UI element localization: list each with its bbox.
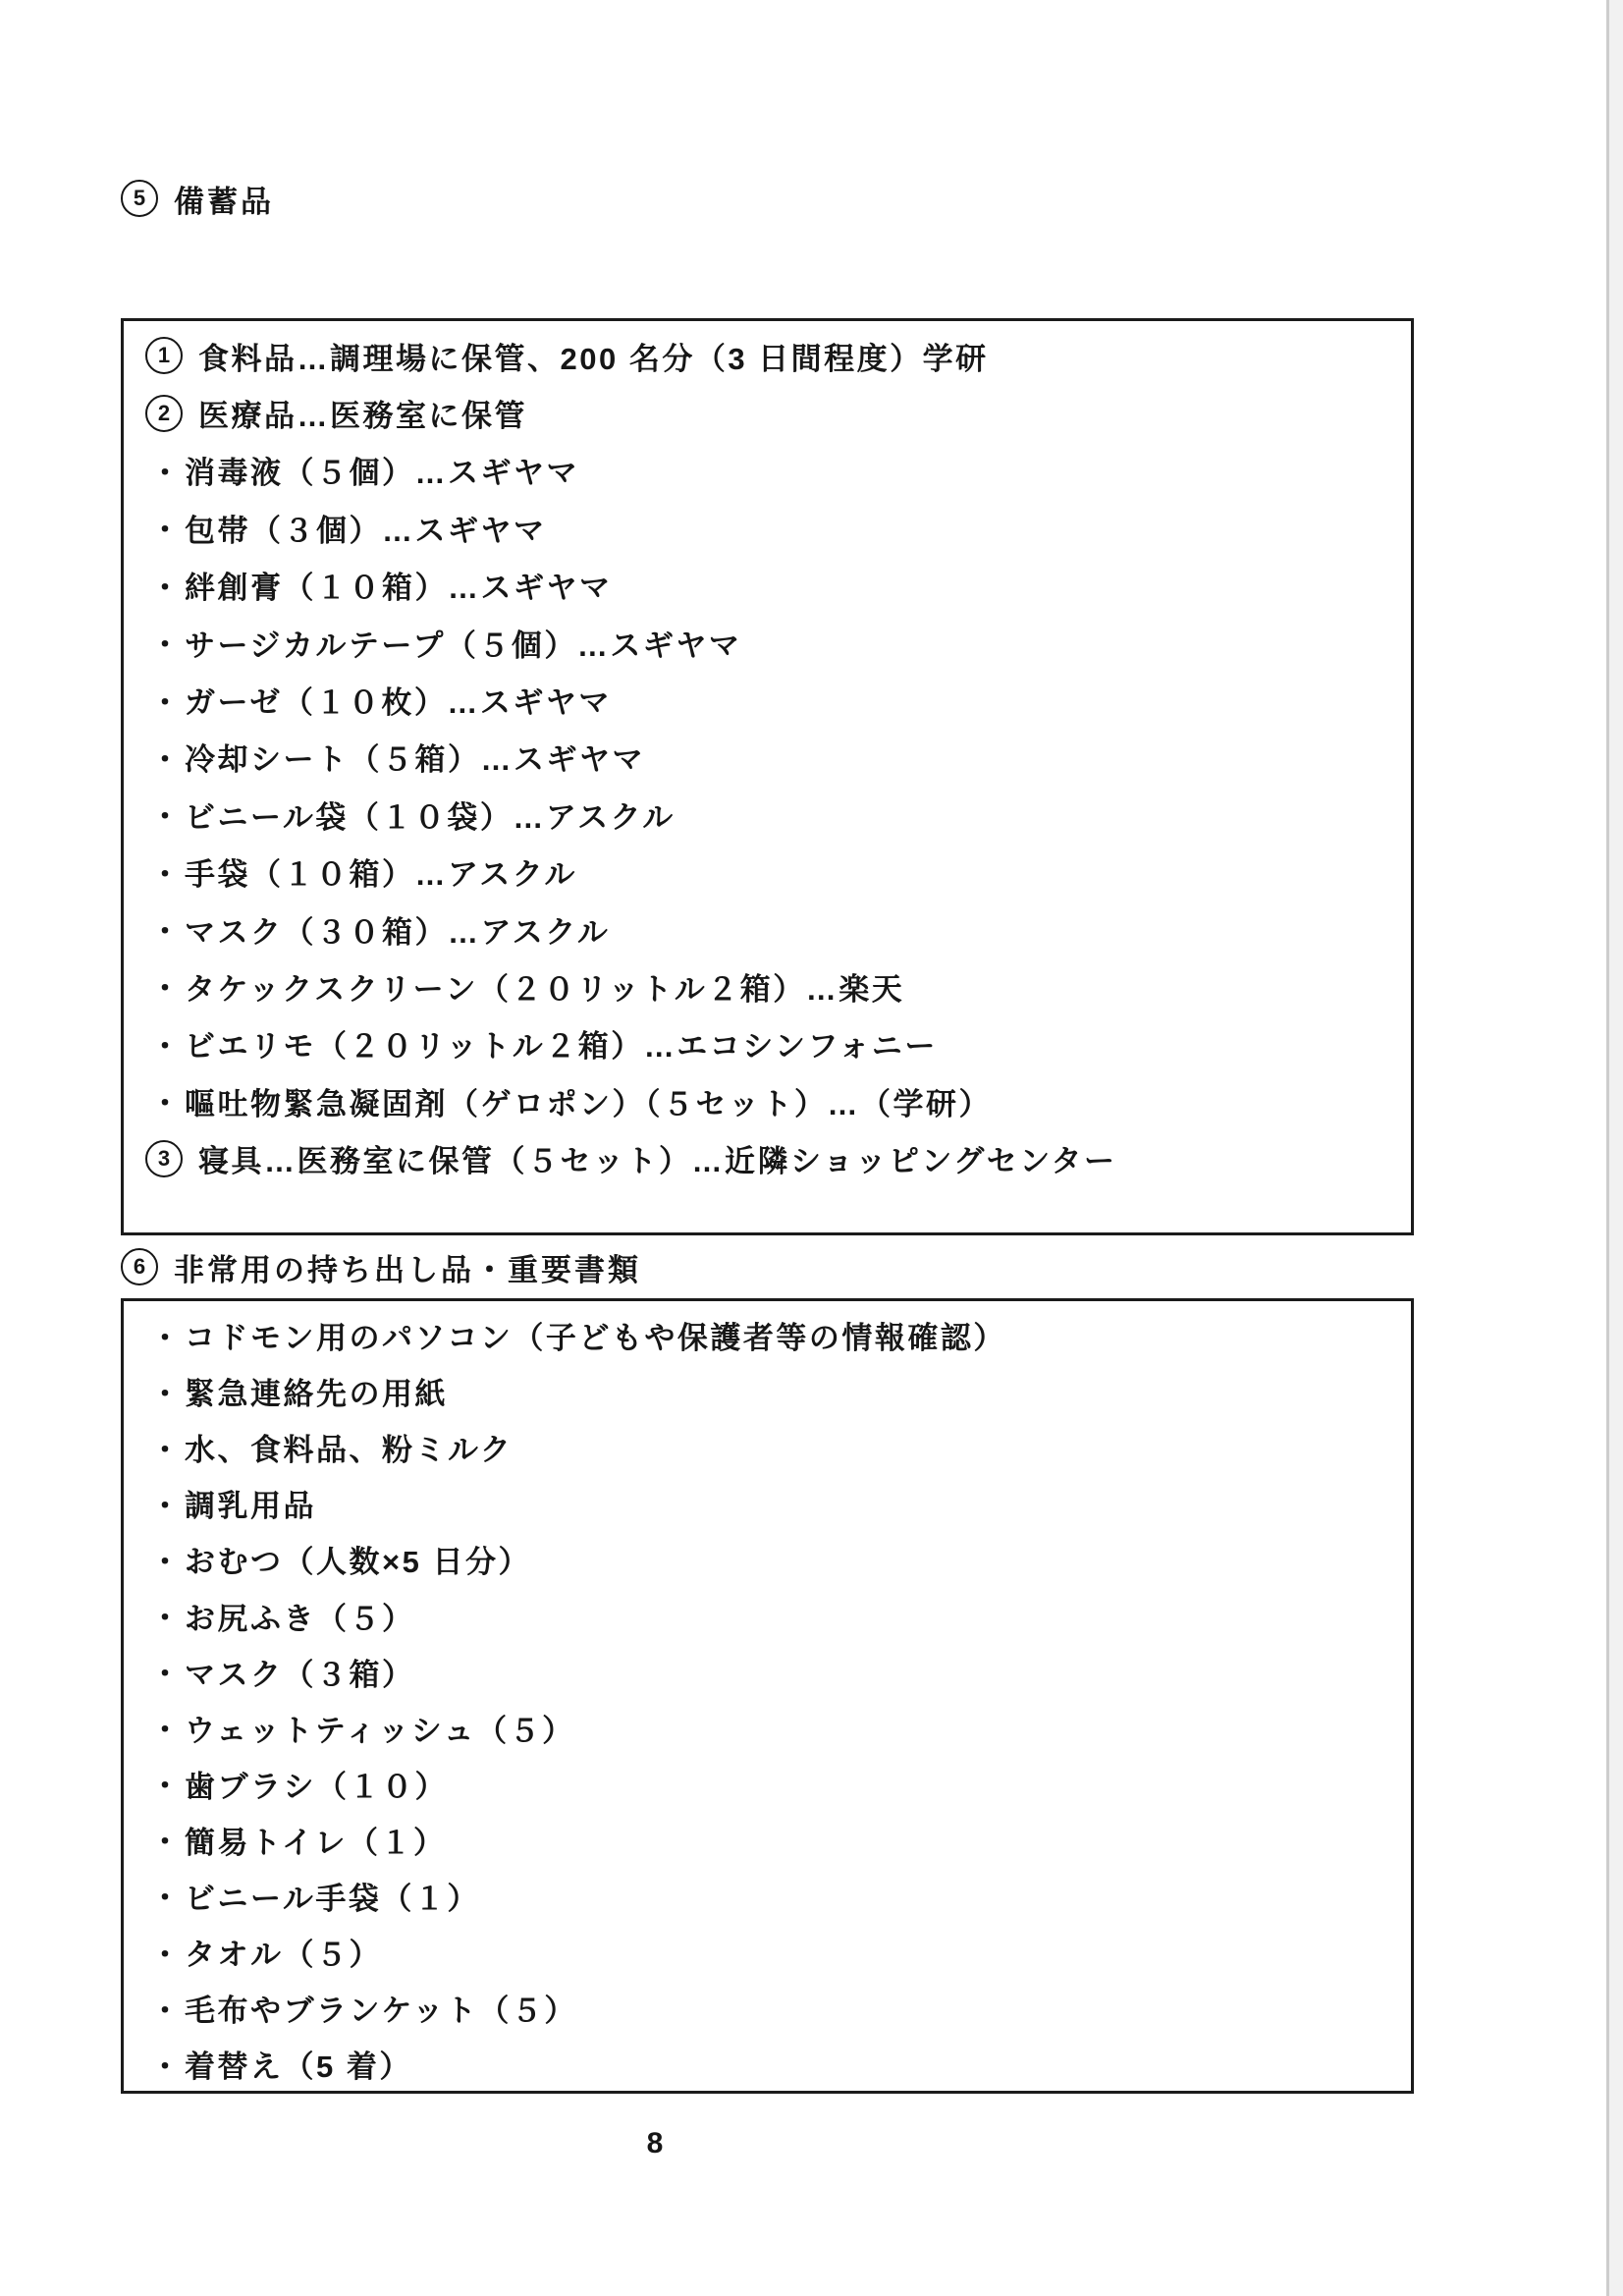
item-text: 医療品…医務室に保管 (198, 391, 527, 435)
bullet-marker: ・ (145, 1594, 185, 1637)
item-text: タケックスクリーン（２０リットル２箱）…楽天 (185, 964, 904, 1009)
list-item: ・着替え（5 着） (145, 2036, 1401, 2092)
page-number: 8 (625, 2126, 684, 2161)
bullet-marker: ・ (145, 506, 185, 549)
item-text: 着替え（5 着） (185, 2042, 412, 2086)
list-item: ・コドモン用のパソコン（子どもや保護者等の情報確認） (145, 1307, 1401, 1363)
stockpile-items-box: 1食料品…調理場に保管、200 名分（3 日間程度）学研2医療品…医務室に保管・… (121, 318, 1414, 1235)
list-item: 2医療品…医務室に保管 (145, 384, 1401, 441)
item-text: 調乳用品 (185, 1481, 316, 1525)
item-text: 絆創膏（１０箱）…スギヤマ (185, 563, 613, 607)
item-text: 包帯（３個）…スギヤマ (185, 506, 547, 550)
list-item: ・マスク（３箱） (145, 1644, 1401, 1700)
list-item: ・水、食料品、粉ミルク (145, 1419, 1401, 1475)
item-text: サージカルテープ（５個）…スギヤマ (185, 621, 741, 665)
item-text: マスク（３箱） (185, 1650, 415, 1694)
item-text: 冷却シート（５箱）…スギヤマ (185, 735, 645, 779)
list-item: ・マスク（３０箱）…アスクル (145, 901, 1401, 957)
item-text: 食料品…調理場に保管、200 名分（3 日間程度）学研 (198, 334, 989, 378)
bullet-marker: ・ (145, 793, 185, 836)
bullet-marker: ・ (145, 964, 185, 1008)
bullet-marker: ・ (145, 907, 185, 951)
item-text: タオル（５） (185, 1930, 382, 1974)
item-text: ビニール手袋（１） (185, 1874, 480, 1918)
scan-edge-band (1609, 0, 1623, 2296)
section-5-heading: 5 備蓄品 (121, 177, 274, 220)
item-text: 嘔吐物緊急凝固剤（ゲロポン）（５セット）…（学研） (185, 1079, 992, 1123)
circled-number-marker: 3 (145, 1140, 183, 1177)
list-item: ・ビニール手袋（１） (145, 1868, 1401, 1924)
list-item: ・ガーゼ（１０枚）…スギヤマ (145, 671, 1401, 728)
bullet-marker: ・ (145, 1426, 185, 1469)
item-text: ガーゼ（１０枚）…スギヤマ (185, 678, 612, 722)
section-5-title: 備蓄品 (174, 177, 274, 221)
bullet-marker: ・ (145, 1987, 185, 2030)
bullet-marker: ・ (145, 679, 185, 722)
list-item: ・タオル（５） (145, 1924, 1401, 1980)
bullet-marker: ・ (145, 736, 185, 779)
section-6-heading: 6 非常用の持ち出し品・重要書類 (121, 1245, 641, 1288)
list-item: ・緊急連絡先の用紙 (145, 1363, 1401, 1419)
bullet-marker: ・ (145, 1482, 185, 1525)
circled-number-marker: 1 (145, 337, 183, 374)
bullet-marker: ・ (145, 564, 185, 607)
list-item: ・調乳用品 (145, 1475, 1401, 1531)
list-item: ・ビエリモ（２０リットル２箱）…エコシンフォニー (145, 1015, 1401, 1072)
item-text: ビエリモ（２０リットル２箱）…エコシンフォニー (185, 1021, 938, 1066)
bullet-marker: ・ (145, 1538, 185, 1581)
circled-number-marker: 5 (121, 180, 158, 217)
list-item: 1食料品…調理場に保管、200 名分（3 日間程度）学研 (145, 327, 1401, 384)
bullet-marker: ・ (145, 449, 185, 492)
list-item: ・サージカルテープ（５個）…スギヤマ (145, 614, 1401, 671)
item-text: 毛布やブランケット（５） (185, 1986, 577, 2030)
item-text: 歯ブラシ（１０） (185, 1762, 448, 1806)
list-item: ・おむつ（人数×5 日分） (145, 1531, 1401, 1587)
bullet-marker: ・ (145, 1370, 185, 1413)
list-item: ・絆創膏（１０箱）…スギヤマ (145, 557, 1401, 614)
list-item: ・簡易トイレ（１） (145, 1812, 1401, 1868)
item-text: おむつ（人数×5 日分） (185, 1537, 531, 1581)
circled-number-marker: 2 (145, 395, 183, 432)
list-item: ・毛布やブランケット（５） (145, 1980, 1401, 2036)
list-item: ・タケックスクリーン（２０リットル２箱）…楽天 (145, 957, 1401, 1014)
item-text: 緊急連絡先の用紙 (185, 1369, 448, 1413)
scan-edge-line (1606, 0, 1609, 2296)
item-text: ウェットティッシュ（５） (185, 1706, 575, 1750)
list-item: ・包帯（３個）…スギヤマ (145, 499, 1401, 556)
item-text: 手袋（１０箱）…アスクル (185, 849, 577, 894)
list-item: ・冷却シート（５箱）…スギヤマ (145, 729, 1401, 786)
bullet-marker: ・ (145, 1706, 185, 1749)
item-text: コドモン用のパソコン（子どもや保護者等の情報確認） (185, 1313, 1006, 1357)
document-page: 5 備蓄品 1食料品…調理場に保管、200 名分（3 日間程度）学研2医療品…医… (0, 0, 1623, 2296)
emergency-carryout-items-box: ・コドモン用のパソコン（子どもや保護者等の情報確認）・緊急連絡先の用紙・水、食料… (121, 1298, 1414, 2094)
bullet-marker: ・ (145, 1931, 185, 1974)
list-item: ・手袋（１０箱）…アスクル (145, 844, 1401, 901)
bullet-marker: ・ (145, 1762, 185, 1805)
item-text: 消毒液（５個）…スギヤマ (185, 448, 579, 492)
item-text: ビニール袋（１０袋）…アスクル (185, 793, 676, 837)
list-item: 3寝具…医務室に保管（５セット）…近隣ショッピングセンター (145, 1129, 1401, 1186)
item-text: 簡易トイレ（１） (185, 1818, 446, 1862)
item-text: お尻ふき（５） (185, 1594, 415, 1638)
bullet-marker: ・ (145, 1650, 185, 1693)
list-item: ・ウェットティッシュ（５） (145, 1700, 1401, 1756)
list-item: ・ビニール袋（１０袋）…アスクル (145, 786, 1401, 843)
item-text: 寝具…医務室に保管（５セット）…近隣ショッピングセンター (198, 1136, 1117, 1180)
item-text: マスク（３０箱）…アスクル (185, 907, 610, 952)
bullet-marker: ・ (145, 621, 185, 664)
item-text: 水、食料品、粉ミルク (185, 1425, 513, 1469)
bullet-marker: ・ (145, 1079, 185, 1122)
list-item: ・歯ブラシ（１０） (145, 1756, 1401, 1812)
bullet-marker: ・ (145, 850, 185, 894)
list-item: ・お尻ふき（５） (145, 1587, 1401, 1643)
bullet-marker: ・ (145, 1818, 185, 1861)
section-6-title: 非常用の持ち出し品・重要書類 (174, 1245, 641, 1289)
list-item: ・嘔吐物緊急凝固剤（ゲロポン）（５セット）…（学研） (145, 1072, 1401, 1129)
list-item: ・消毒液（５個）…スギヤマ (145, 442, 1401, 499)
bullet-marker: ・ (145, 1874, 185, 1917)
circled-number-marker: 6 (121, 1248, 158, 1285)
bullet-marker: ・ (145, 2043, 185, 2086)
bullet-marker: ・ (145, 1022, 185, 1066)
bullet-marker: ・ (145, 1314, 185, 1357)
